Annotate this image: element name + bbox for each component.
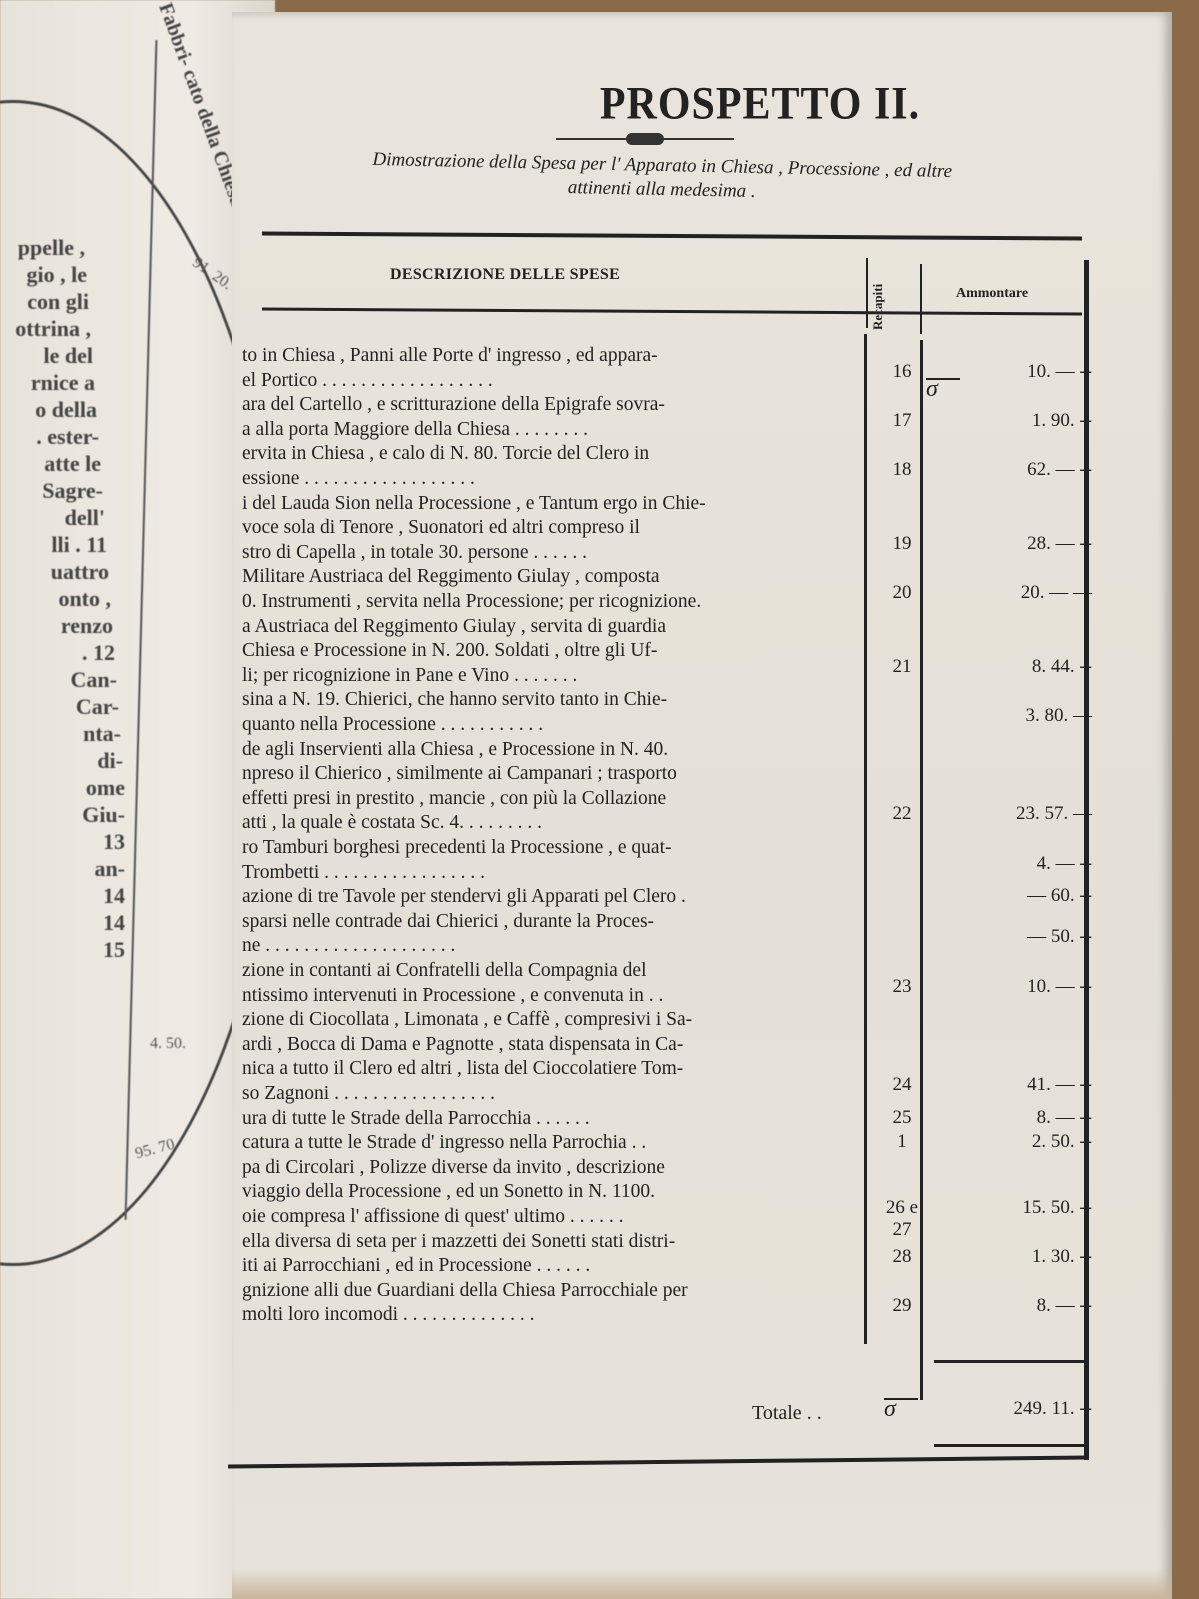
header-bottom-border — [262, 307, 1082, 315]
expense-line: so Zagnoni . . . . . . . . . . . . . . .… — [242, 1082, 862, 1106]
amount-value: 8. 44. -- — [932, 656, 1092, 678]
scudo-currency-icon: σ — [926, 376, 938, 403]
header-word: della — [192, 104, 227, 150]
receipt-number: 22 — [882, 803, 922, 825]
receipt-number: 17 — [882, 410, 922, 432]
expense-line: quanto nella Processione . . . . . . . .… — [242, 713, 862, 737]
left-page-line: di- — [0, 748, 123, 774]
amount-value: 23. 57. — — [932, 803, 1092, 825]
expense-line: Chiesa e Processione in N. 200. Soldati … — [242, 639, 862, 663]
receipt-number: 20 — [882, 582, 922, 604]
expense-line: de agli Inservienti alla Chiesa , e Proc… — [242, 738, 862, 762]
left-page-line: 14 — [0, 910, 125, 936]
column-header-description: DESCRIZIONE DELLE SPESE — [390, 266, 620, 284]
left-page-line: dell' — [0, 505, 105, 531]
left-page-line: onto , — [0, 586, 111, 612]
left-page-amount: 4. 50. — [150, 1035, 186, 1053]
column-header-amount: Ammontare — [956, 286, 1028, 302]
expense-line: atti , la quale è costata Sc. 4. . . . .… — [242, 811, 862, 835]
expense-line: ervita in Chiesa , e calo di N. 80. Torc… — [242, 442, 862, 466]
left-page-line: renzo — [0, 613, 113, 639]
left-page-line: uattro — [0, 559, 109, 585]
left-page-line: rnice a — [0, 370, 95, 396]
left-page-line: nta- — [0, 721, 121, 747]
expense-line: azione di tre Tavole per stendervi gli A… — [242, 885, 862, 909]
amount-value: 41. — -- — [932, 1074, 1092, 1096]
table-bottom-border — [228, 1455, 1088, 1468]
amount-value: 4. — -- — [932, 853, 1092, 875]
left-page-line: gio , le — [0, 262, 87, 288]
left-page-line: ppelle , — [0, 235, 85, 261]
left-page-line: le del — [0, 343, 93, 369]
expense-line: Militare Austriaca del Reggimento Giulay… — [242, 565, 862, 589]
total-label: Totale . . — [752, 1402, 822, 1425]
total-amount: 249. 11. -- — [932, 1398, 1092, 1420]
expense-line: nica a tutto il Clero ed altri , lista d… — [242, 1057, 862, 1081]
total-rule — [934, 1444, 1084, 1447]
expense-line: zione di Ciocollata , Limonata , e Caffè… — [242, 1008, 862, 1032]
recapiti-left-rule — [864, 334, 867, 1344]
amount-value: 8. — -- — [932, 1107, 1092, 1129]
amount-value: 10. — -- — [932, 976, 1092, 998]
expense-line: ura di tutte le Strade della Parrocchia … — [242, 1107, 862, 1131]
ornament-divider — [556, 136, 734, 142]
expense-line: ardi , Bocca di Dama e Pagnotte , stata … — [242, 1033, 862, 1057]
expense-line: Trombetti . . . . . . . . . . . . . . . … — [242, 861, 862, 885]
expense-line: el Portico . . . . . . . . . . . . . . .… — [242, 369, 862, 393]
amount-value: 15. 50. -- — [932, 1197, 1092, 1219]
expense-line: stro di Capella , in totale 30. persone … — [242, 541, 862, 565]
receipt-number: 23 — [882, 976, 922, 998]
receipt-number: 16 — [882, 361, 922, 383]
left-page-line: . 12 — [0, 640, 115, 666]
page-title: PROSPETTO II. — [490, 77, 1030, 131]
expense-line: to in Chiesa , Panni alle Porte d' ingre… — [242, 344, 862, 368]
expense-line: ro Tamburi borghesi precedenti la Proces… — [242, 836, 862, 860]
receipt-number: 1 — [882, 1131, 922, 1153]
amount-left-rule — [920, 340, 923, 1400]
left-page-line: Can- — [0, 667, 117, 693]
expense-line: voce sola di Tenore , Suonatori ed altri… — [242, 516, 862, 540]
amount-value: 20. — — — [932, 582, 1092, 604]
receipt-number: 26 e 27 — [882, 1197, 922, 1241]
left-page-line: ottrina , — [0, 316, 91, 342]
expense-line: iti ai Parrocchiani , ed in Processione … — [242, 1254, 862, 1278]
column-header-receipts: Recapiti — [870, 284, 886, 330]
expense-line: effetti presi in prestito , mancie , con… — [242, 787, 862, 811]
expense-line: viaggio della Processione , ed un Sonett… — [242, 1180, 862, 1204]
scudo-currency-icon: σ — [884, 1396, 896, 1423]
column-divider — [866, 258, 868, 328]
receipt-number: 28 — [882, 1246, 922, 1268]
sum-rule — [934, 1360, 1084, 1363]
expense-line: catura a tutte le Strade d' ingresso nel… — [242, 1131, 862, 1155]
expense-line: sina a N. 19. Chierici, che hanno servit… — [242, 688, 862, 712]
amount-value: 1. 90. -- — [932, 410, 1092, 432]
expense-line: essione . . . . . . . . . . . . . . . . … — [242, 467, 862, 491]
amount-value: — 50. -- — [932, 926, 1092, 948]
expense-table: DESCRIZIONE DELLE SPESE Recapiti Ammonta… — [232, 224, 1120, 1464]
amount-value: 1. 30. -- — [932, 1246, 1092, 1268]
receipt-number: 19 — [882, 533, 922, 555]
expense-line: ara del Cartello , e scritturazione dell… — [242, 393, 862, 417]
receipt-number: 24 — [882, 1074, 922, 1096]
expense-line: molti loro incomodi . . . . . . . . . . … — [242, 1303, 862, 1327]
expense-line: pa di Circolari , Polizze diverse da inv… — [242, 1156, 862, 1180]
left-page-line: lli . 11 — [0, 532, 107, 558]
left-page-line: ome — [0, 775, 125, 801]
left-page-line: con gli — [0, 289, 89, 315]
expense-line: a alla porta Maggiore della Chiesa . . .… — [242, 418, 862, 442]
amount-value: 3. 80. — — [932, 705, 1092, 727]
document-page: PROSPETTO II. Dimostrazione della Spesa … — [232, 12, 1172, 1599]
column-divider — [920, 264, 922, 334]
left-page-line: Giu- — [0, 802, 125, 828]
left-page-line: an- — [0, 856, 125, 882]
expense-line: a Austriaca del Reggimento Giulay , serv… — [242, 615, 862, 639]
left-page-line: 15 — [0, 937, 125, 963]
receipt-number: 25 — [882, 1107, 922, 1129]
left-page-line: atte le — [0, 451, 101, 477]
expense-line: i del Lauda Sion nella Processione , e T… — [242, 492, 862, 516]
left-page-line: 13 — [0, 829, 125, 855]
table-top-border — [262, 231, 1082, 240]
header-word: cato — [178, 66, 211, 107]
header-word: Fabbri- — [154, 0, 197, 69]
receipt-number: 18 — [882, 459, 922, 481]
amount-value: 8. — -- — [932, 1295, 1092, 1317]
expense-line: li; per ricognizione in Pane e Vino . . … — [242, 664, 862, 688]
left-page-line: Sagre- — [0, 478, 103, 504]
amount-value: 62. — -- — [932, 459, 1092, 481]
expense-line: gnizione alli due Guardiani della Chiesa… — [242, 1279, 862, 1303]
left-page-line: o della — [0, 397, 97, 423]
expense-line: oie compresa l' affissione di quest' ult… — [242, 1205, 862, 1229]
expense-line: zione in contanti ai Confratelli della C… — [242, 959, 862, 983]
page-shadow — [232, 1569, 1172, 1599]
left-page-line: Car- — [0, 694, 119, 720]
expense-line: npreso il Chierico , similmente ai Campa… — [242, 762, 862, 786]
expense-line: ella diversa di seta per i mazzetti dei … — [242, 1230, 862, 1254]
expense-line: 0. Instrumenti , servita nella Processio… — [242, 590, 862, 614]
amount-value: 2. 50. -- — [932, 1131, 1092, 1153]
amount-value: 28. — -- — [932, 533, 1092, 555]
amount-value: — 60. -- — [932, 885, 1092, 907]
expense-line: ntissimo intervenuti in Processione , e … — [242, 984, 862, 1008]
expense-line: sparsi nelle contrade dai Chierici , dur… — [242, 910, 862, 934]
receipt-number: 29 — [882, 1295, 922, 1317]
receipt-number: 21 — [882, 656, 922, 678]
expense-line: ne . . . . . . . . . . . . . . . . . . .… — [242, 934, 862, 958]
left-page-line: 14 — [0, 883, 125, 909]
left-page-line: . ester- — [0, 424, 99, 450]
page-subtitle: Dimostrazione della Spesa per l' Apparat… — [262, 146, 1063, 211]
